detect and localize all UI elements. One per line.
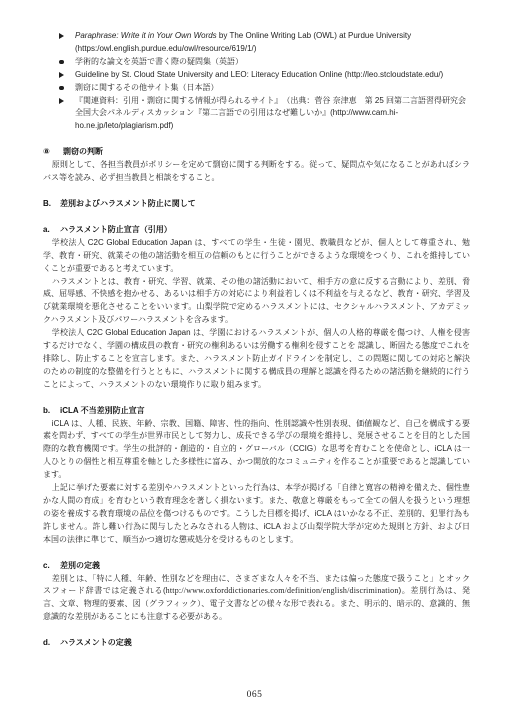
resource-title: Paraphrase: Write it in Your Own Words [75, 31, 217, 40]
subsection-title: ハラスメント防止宣言（引用） [60, 225, 172, 234]
section-letter: B. [43, 198, 60, 211]
paragraph: 原則として、各担当教員がポリシーを定めて剽窃に関する判断をする。従って、疑問点や… [43, 159, 470, 185]
list-item-text: Guideline by St. Cloud State University … [75, 70, 443, 79]
document-page: Paraphrase: Write it in Your Own Words b… [0, 0, 509, 720]
subsection-b-icla-anti-discrimination: b.iCLA 不当差別防止宣言 iCLA は、人種、民族、年齢、宗教、国籍、障害… [43, 405, 470, 547]
list-item-text: 剽窃に関するその他サイト集（日本語） [75, 83, 218, 92]
section-b-discrimination-harassment: B.差別およびハラスメント防止に関して [43, 198, 470, 211]
paragraph: 差別とは、「特に人種、年齢、性別などを理由に、さまざまな人々を不当、または偏った… [43, 573, 470, 625]
list-item: 学術的な論文を英語で書く際の疑問集（英語） [57, 56, 470, 69]
section-plagiarism-judgement: ⑧剽窃の判断 原則として、各担当教員がポリシーを定めて剽窃に関する判断をする。従… [43, 146, 470, 185]
arrowhead-icon [59, 72, 64, 78]
subsection-a-harassment-declaration: a.ハラスメント防止宣言（引用） 学校法人 C2C Global Educati… [43, 224, 470, 392]
subsection-title: iCLA 不当差別防止宣言 [60, 406, 145, 415]
subsection-heading: c.差別の定義 [43, 560, 470, 573]
subsection-letter: d. [43, 637, 60, 650]
arrowhead-icon [59, 98, 64, 104]
section-title: 差別およびハラスメント防止に関して [60, 199, 196, 208]
paragraph: ハラスメントとは、教育・研究、学習、就業、その他の諸活動において、相手方の意に反… [43, 276, 470, 328]
arrowhead-icon [59, 33, 64, 39]
section-heading: ⑧剽窃の判断 [43, 146, 470, 159]
list-item-text: Paraphrase: Write it in Your Own Words b… [75, 31, 411, 53]
list-item-text: 学術的な論文を英語で書く際の疑問集（英語） [75, 57, 243, 66]
subsection-c-definition-of-discrimination: c.差別の定義 差別とは、「特に人種、年齢、性別などを理由に、さまざまな人々を不… [43, 560, 470, 625]
page-number: 065 [0, 689, 509, 702]
subsection-title: 差別の定義 [60, 561, 100, 570]
paragraph: 学校法人 C2C Global Education Japan は、すべての学生… [43, 237, 470, 276]
subsection-letter: c. [43, 560, 60, 573]
list-item: 『関連資料：引用・剽窃に関する情報が得られるサイト』 （出典：菅谷 奈津恵 第 … [57, 95, 470, 134]
subsection-heading: a.ハラスメント防止宣言（引用） [43, 224, 470, 237]
subsection-title: ハラスメントの定義 [60, 638, 132, 647]
paragraph: 上記に挙げた要素に対する差別やハラスメントといった行為は、本学が掲げる「自律と寛… [43, 482, 470, 547]
resource-list: Paraphrase: Write it in Your Own Words b… [57, 30, 470, 133]
list-item: 剽窃に関するその他サイト集（日本語） [57, 82, 470, 95]
section-number: ⑧ [43, 146, 63, 159]
paragraph: iCLA は、人種、民族、年齢、宗教、国籍、障害、性的指向、性別認識や性別表現、… [43, 418, 470, 483]
bullet-dot-icon [59, 60, 64, 65]
list-item-text: 『関連資料：引用・剽窃に関する情報が得られるサイト』 （出典：菅谷 奈津恵 第 … [75, 96, 466, 131]
subsection-heading: d.ハラスメントの定義 [43, 637, 470, 650]
subsection-letter: a. [43, 224, 60, 237]
subsection-d-definition-of-harassment: d.ハラスメントの定義 [43, 637, 470, 650]
list-item: Guideline by St. Cloud State University … [57, 69, 470, 82]
section-heading: B.差別およびハラスメント防止に関して [43, 198, 470, 211]
dictionary-url: http://www.oxforddictionaries.com/defini… [166, 586, 399, 595]
paragraph: 学校法人 C2C Global Education Japan は、学園における… [43, 327, 470, 392]
section-title: 剽窃の判断 [63, 147, 103, 156]
subsection-letter: b. [43, 405, 60, 418]
bullet-dot-icon [59, 86, 64, 91]
subsection-heading: b.iCLA 不当差別防止宣言 [43, 405, 470, 418]
list-item: Paraphrase: Write it in Your Own Words b… [57, 30, 470, 56]
